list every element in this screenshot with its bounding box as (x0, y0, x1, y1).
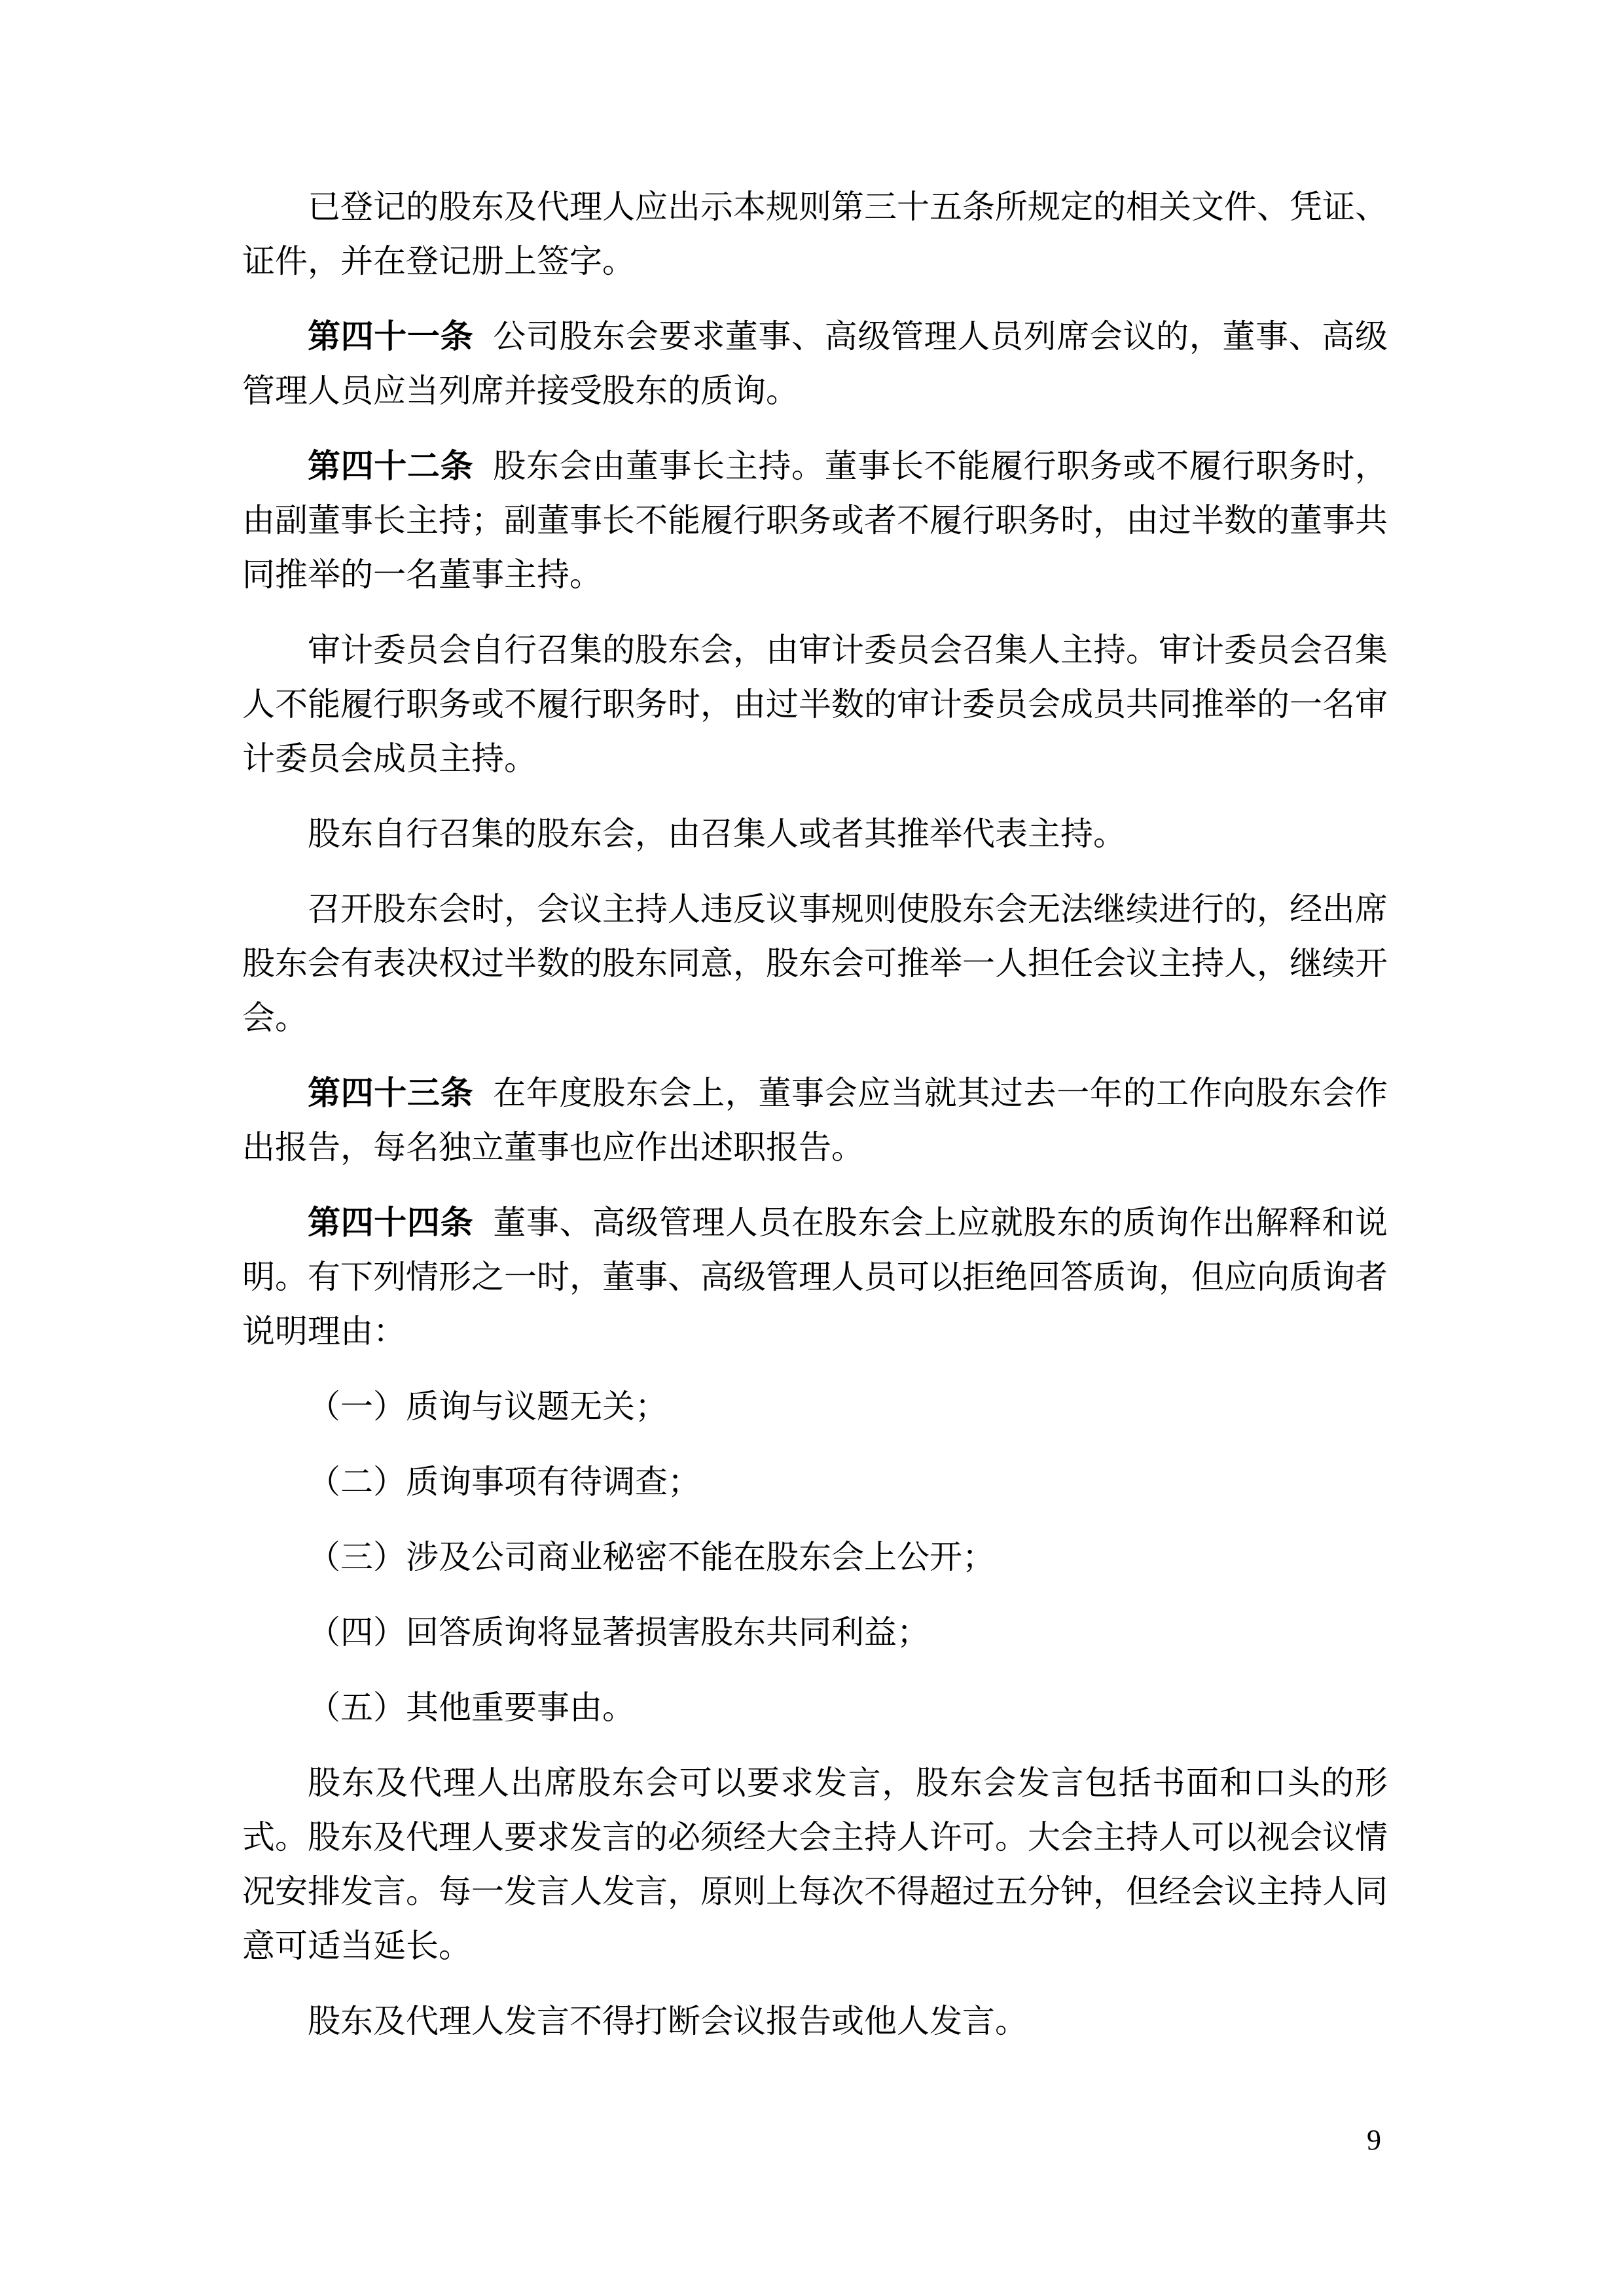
paragraph-text: 审计委员会自行召集的股东会，由审计委员会召集人主持。审计委员会召集人不能履行职务… (242, 632, 1388, 777)
paragraph-article-41: 第四十一条公司股东会要求董事、高级管理人员列席会议的，董事、高级管理人员应当列席… (242, 310, 1388, 418)
list-item-2: （二）质询事项有待调查； (242, 1455, 1388, 1509)
article-number: 第四十三条 (308, 1075, 473, 1111)
paragraph-text: 股东自行召集的股东会，由召集人或者其推举代表主持。 (308, 816, 1126, 852)
article-number: 第四十四条 (308, 1204, 473, 1241)
paragraph-text: 股东及代理人出席股东会可以要求发言，股东会发言包括书面和口头的形式。股东及代理人… (242, 1765, 1388, 1964)
list-item-1: （一）质询与议题无关； (242, 1380, 1388, 1434)
document-page: { "page": { "number": "9" }, "document":… (0, 0, 1624, 2296)
list-item-5: （五）其他重要事由。 (242, 1681, 1388, 1735)
article-number: 第四十一条 (308, 318, 473, 355)
paragraph-article-42: 第四十二条股东会由董事长主持。董事长不能履行职务或不履行职务时，由副董事长主持；… (242, 439, 1388, 602)
page-number: 9 (1367, 2126, 1381, 2155)
paragraph-text: （五）其他重要事由。 (308, 1689, 635, 1726)
paragraph-no-interruption: 股东及代理人发言不得打断会议报告或他人发言。 (242, 1994, 1388, 2049)
paragraph-speaking-rules: 股东及代理人出席股东会可以要求发言，股东会发言包括书面和口头的形式。股东及代理人… (242, 1756, 1388, 1973)
list-item-3: （三）涉及公司商业秘密不能在股东会上公开； (242, 1530, 1388, 1585)
paragraph-text: （四）回答质询将显著损害股东共同利益； (308, 1614, 929, 1651)
paragraph-article-43: 第四十三条在年度股东会上，董事会应当就其过去一年的工作向股东会作出报告，每名独立… (242, 1066, 1388, 1175)
paragraph-text: （三）涉及公司商业秘密不能在股东会上公开； (308, 1539, 995, 1575)
paragraph-text: 股东及代理人发言不得打断会议报告或他人发言。 (308, 2003, 1028, 2039)
paragraph-text: 已登记的股东及代理人应出示本规则第三十五条所规定的相关文件、凭证、证件，并在登记… (242, 188, 1388, 279)
paragraph-text: （一）质询与议题无关； (308, 1388, 668, 1425)
article-number: 第四十二条 (308, 448, 473, 484)
list-item-4: （四）回答质询将显著损害股东共同利益； (242, 1605, 1388, 1660)
document-body: 已登记的股东及代理人应出示本规则第三十五条所规定的相关文件、凭证、证件，并在登记… (0, 0, 1624, 2049)
paragraph-article-44: 第四十四条董事、高级管理人员在股东会上应就股东的质询作出解释和说明。有下列情形之… (242, 1196, 1388, 1359)
paragraph-audit-committee: 审计委员会自行召集的股东会，由审计委员会召集人主持。审计委员会召集人不能履行职务… (242, 623, 1388, 786)
paragraph-shareholder-convened: 股东自行召集的股东会，由召集人或者其推举代表主持。 (242, 807, 1388, 861)
paragraph-text: （二）质询事项有待调查； (308, 1463, 700, 1500)
paragraph-text: 召开股东会时，会议主持人违反议事规则使股东会无法继续进行的，经出席股东会有表决权… (242, 891, 1388, 1036)
paragraph-presider-replacement: 召开股东会时，会议主持人违反议事规则使股东会无法继续进行的，经出席股东会有表决权… (242, 882, 1388, 1045)
paragraph-registration-sign: 已登记的股东及代理人应出示本规则第三十五条所规定的相关文件、凭证、证件，并在登记… (242, 180, 1388, 289)
